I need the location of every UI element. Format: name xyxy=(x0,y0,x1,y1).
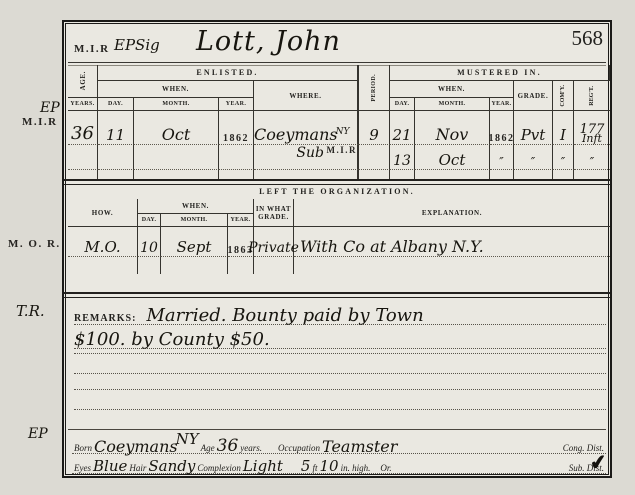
remarks-text-1: Married. Bounty paid by Town xyxy=(146,308,423,324)
left-org-title: LEFT THE ORGANIZATION. xyxy=(68,187,606,196)
born-value: Coeymans xyxy=(94,440,178,453)
enlist-month-value: Oct xyxy=(134,111,219,145)
blank-rule xyxy=(74,373,606,374)
org-month-value: Sept xyxy=(161,227,228,257)
empty-cell xyxy=(514,170,553,179)
where-state-superscript: NY xyxy=(336,127,350,137)
occupation-value: Teamster xyxy=(322,440,397,453)
enlisted-when-header: WHEN. xyxy=(98,81,254,98)
enlisted-header: ENLISTED. xyxy=(98,65,358,81)
enlist-where-value-row2: Sub M.I.R xyxy=(254,145,358,170)
empty-cell xyxy=(574,170,610,179)
left-org-table: HOW. WHEN. DAY. MONTH. YEAR. IN WHAT GRA… xyxy=(68,199,610,274)
enlisted-year-header: YEAR. xyxy=(219,98,254,111)
regiment-header: REG'T. xyxy=(574,81,610,111)
muster-year-value: 1862 xyxy=(490,111,514,145)
empty-cell xyxy=(254,170,358,179)
regiment-ditto: ″ xyxy=(574,145,610,170)
enlisted-month-header: MONTH. xyxy=(134,98,219,111)
hair-value: Sandy xyxy=(148,460,195,473)
eyes-label: Eyes xyxy=(74,463,91,473)
age-header: AGE. xyxy=(68,65,98,98)
empty-cell xyxy=(415,170,490,179)
enlist-where-value: CoeymansNY xyxy=(254,111,358,145)
empty-cell xyxy=(138,257,161,274)
margin-mir-stamp: M.I.R xyxy=(22,116,58,128)
company-header: COM'Y. xyxy=(553,81,574,111)
company-ditto: ″ xyxy=(553,145,574,170)
blank-rule xyxy=(74,353,606,354)
regiment-value: 177 Inft xyxy=(574,111,610,145)
check-mark-icon: ✔ xyxy=(588,449,608,476)
age-years-value: 36 xyxy=(217,440,239,453)
enlist-day-value: 11 xyxy=(98,111,134,145)
muster-day-value: 21 xyxy=(390,111,415,145)
blank-rule xyxy=(74,389,606,390)
muster-year-ditto: ″ xyxy=(490,145,514,170)
empty-cell xyxy=(68,170,98,179)
explanation-value: With Co at Albany N.Y. xyxy=(294,227,610,257)
enlist-month-value-row2 xyxy=(134,145,219,170)
empty-cell xyxy=(98,170,134,179)
empty-cell xyxy=(219,170,254,179)
enlist-year-value: 1862 xyxy=(219,111,254,145)
org-month-header: MONTH. xyxy=(161,214,228,227)
remarks-line-2: $100. by County $50. xyxy=(74,324,606,349)
enlisted-where-header: WHERE. xyxy=(254,81,358,111)
in-what-grade-header: IN WHAT GRADE. xyxy=(254,199,294,227)
period-value-row2 xyxy=(358,145,390,170)
vitals-box-top xyxy=(68,429,606,430)
enlistment-table: AGE. YEARS. ENLISTED. WHEN. WHERE. DAY. … xyxy=(68,65,610,179)
grade-ditto: ″ xyxy=(514,145,553,170)
period-header: PERIOD. xyxy=(358,65,390,111)
height-feet-value: 5 xyxy=(301,460,311,473)
regiment-branch: Inft xyxy=(582,134,602,144)
empty-cell xyxy=(254,257,294,274)
years-header: YEARS. xyxy=(68,98,98,111)
muster-month-value: Nov xyxy=(415,111,490,145)
muster-month-header: MONTH. xyxy=(415,98,490,111)
section-divider xyxy=(64,179,610,185)
muster-when-header: WHEN. xyxy=(390,81,514,98)
or-label: Or. xyxy=(380,463,391,473)
where-mir-stamp: M.I.R xyxy=(327,145,358,155)
enlist-year-value-row2 xyxy=(219,145,254,170)
margin-tr-note: T.R. xyxy=(16,302,45,320)
muster-day-header: DAY. xyxy=(390,98,415,111)
period-value: 9 xyxy=(358,111,390,145)
empty-cell xyxy=(490,170,514,179)
remarks-line-1: REMARKS: Married. Bounty paid by Town xyxy=(74,298,606,325)
how-value: M.O. xyxy=(68,227,138,257)
height-inches-value: 10 xyxy=(319,460,338,473)
empty-cell xyxy=(358,170,390,179)
feet-label: ft xyxy=(312,463,317,473)
title-mir-stamp: M.I.R xyxy=(74,43,110,55)
org-year-header: YEAR. xyxy=(228,214,254,227)
years-label: years. xyxy=(240,443,262,453)
enlisted-day-header: DAY. xyxy=(98,98,134,111)
mustered-in-header: MUSTERED IN. xyxy=(390,65,610,81)
margin-ep-top: EP xyxy=(40,100,60,116)
muster-day-value-row2: 13 xyxy=(390,145,415,170)
age-value: 36 xyxy=(68,111,98,145)
enlist-day-value-row2 xyxy=(98,145,134,170)
hair-label: Hair xyxy=(129,463,146,473)
grade-value: Pvt xyxy=(514,111,553,145)
empty-cell xyxy=(228,257,254,274)
occupation-label: Occupation xyxy=(278,443,320,453)
muster-year-header: YEAR. xyxy=(490,98,514,111)
margin-ep-bottom: EP xyxy=(28,426,48,442)
title-clerk-code: EPSig xyxy=(114,36,160,54)
org-grade-value: Private xyxy=(254,227,294,257)
how-header: HOW. xyxy=(68,199,138,227)
remarks-label: REMARKS: xyxy=(74,313,136,324)
complexion-value: Light xyxy=(243,460,283,473)
margin-mor-stamp: M. O. R. xyxy=(8,238,61,250)
empty-cell xyxy=(68,257,138,274)
org-day-value: 10 xyxy=(138,227,161,257)
empty-cell xyxy=(134,170,219,179)
muster-month-value-row2: Oct xyxy=(415,145,490,170)
eyes-value: Blue xyxy=(93,460,127,473)
inches-label: in. high. xyxy=(341,463,371,473)
blank-rule xyxy=(74,409,606,410)
org-when-header: WHEN. xyxy=(138,199,254,214)
age-label: Age xyxy=(201,443,215,453)
explanation-header: EXPLANATION. xyxy=(294,199,610,227)
empty-cell xyxy=(553,170,574,179)
empty-cell xyxy=(390,170,415,179)
empty-cell xyxy=(161,257,228,274)
vitals-row-1: Born CoeymansNY Age 36 years. Occupation… xyxy=(72,431,606,454)
page-number: 568 xyxy=(572,26,604,51)
company-value: I xyxy=(553,111,574,145)
record-card: M.I.R EPSig Lott, John 568 AGE. YEARS. E… xyxy=(62,20,612,478)
age-value-row2 xyxy=(68,145,98,170)
grade-header: GRADE. xyxy=(514,81,553,111)
org-day-header: DAY. xyxy=(138,214,161,227)
complexion-label: Complexion xyxy=(197,463,241,473)
soldier-name: Lott, John xyxy=(196,26,341,57)
born-state-superscript: NY xyxy=(176,433,199,446)
born-label: Born xyxy=(74,443,92,453)
remarks-text-2: $100. by County $50. xyxy=(74,332,270,348)
empty-cell xyxy=(294,257,610,274)
vitals-row-2: Eyes Blue Hair Sandy Complexion Light 5 … xyxy=(72,453,606,474)
